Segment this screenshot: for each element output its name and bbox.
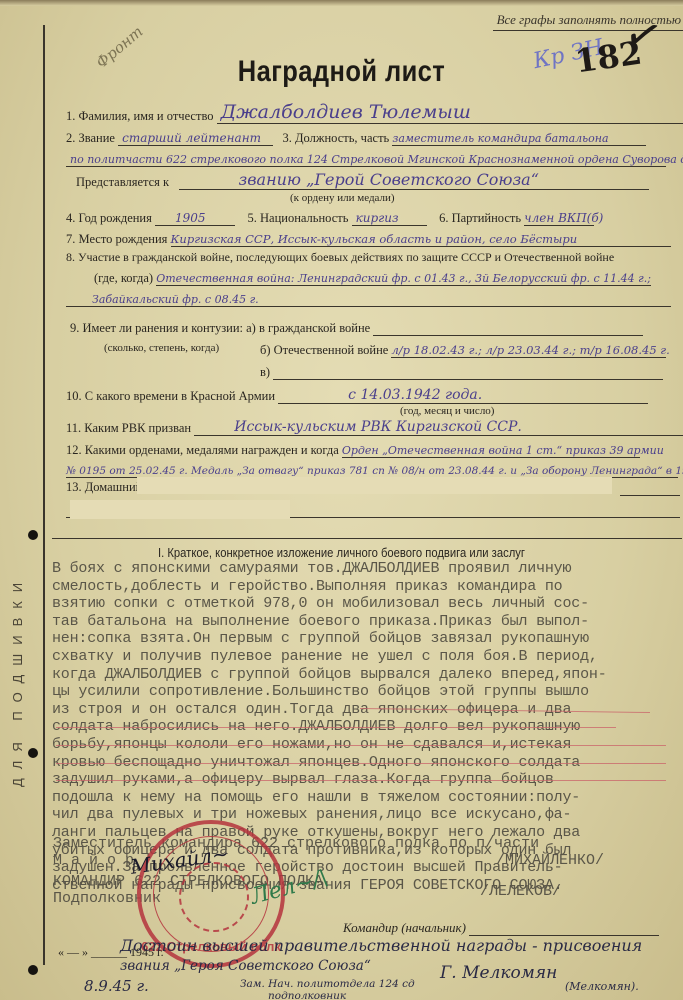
- punch-hole: [28, 530, 38, 540]
- field-combat-participation: 8. Участие в гражданской войне, последую…: [66, 250, 614, 265]
- field-value: 1905: [175, 211, 206, 225]
- field-label: 3. Должность, часть: [282, 131, 389, 145]
- field-value: л/р 18.02.43 г.; л/р 23.03.44 г.; т/р 16…: [391, 343, 669, 357]
- red-underline: [56, 727, 616, 728]
- field-label: 11. Каким РВК призван: [66, 421, 191, 435]
- resolution-signature: Г. Мелкомян: [440, 963, 557, 983]
- citation-line: цы усилили сопротивление.Большинство бой…: [52, 683, 682, 701]
- field-awards: 12. Какими орденами, медалями награжден …: [66, 440, 640, 458]
- field-value: Отечественная война: Ленинградский фр. с…: [156, 272, 651, 285]
- field-value: Киргизская ССР, Иссык-кульская область и…: [171, 232, 578, 246]
- field-label: 1. Фамилия, имя и отчество: [66, 109, 214, 123]
- underline: [620, 495, 680, 496]
- field-label: б) Отечественной войне: [260, 343, 388, 357]
- punch-hole: [28, 748, 38, 758]
- resolution-line-2: звания „Героя Советского Союза“: [120, 958, 371, 974]
- field-birth-nationality-party: 4. Год рождения 1905 5. Национальность к…: [66, 208, 594, 226]
- section-divider: [52, 538, 682, 539]
- commander-label: Командир (начальник): [343, 918, 659, 936]
- commander-name: /ЛЕЛЕКОВ/: [480, 883, 561, 900]
- field-wounds-patriotic: б) Отечественной войне л/р 18.02.43 г.; …: [260, 340, 666, 358]
- field-label: 4. Год рождения: [66, 211, 152, 225]
- citation-line: взятию сопки с отметкой 978,0 он мобилиз…: [52, 595, 682, 613]
- field-label: 7. Место рождения: [66, 232, 167, 246]
- deputy-name: /МИХАЙЛЕНКО/: [496, 852, 604, 869]
- field-label: 9. Имеет ли ранения и контузии: а) в гра…: [70, 321, 370, 335]
- punch-hole: [28, 965, 38, 975]
- redaction-block: [70, 500, 290, 519]
- deputy-title: Заместитель командира 622 стрелкового по…: [53, 835, 539, 852]
- field-value: по политчасти 622 стрелкового полка 124 …: [70, 153, 683, 166]
- paper-top-edge: [0, 0, 683, 6]
- field-combat-participation-cont: Забайкальский фр. с 08.45 г.: [66, 289, 671, 307]
- stamp-emblem: [179, 862, 249, 932]
- citation-line: смелость,доблесть и геройство.Выполняя п…: [52, 578, 682, 596]
- field-army-since-hint: (год, месяц и число): [400, 405, 494, 417]
- field-value: член ВКП(б): [524, 211, 603, 225]
- field-label: (где, когда): [94, 271, 153, 285]
- field-nominated-hint: (к ордену или медали): [290, 192, 395, 204]
- red-underline: [56, 763, 666, 764]
- red-underline: [56, 745, 666, 746]
- field-name: 1. Фамилия, имя и отчество Джалболдиев Т…: [66, 106, 683, 124]
- redaction-block: [137, 477, 612, 494]
- field-label: 5. Национальность: [248, 211, 349, 225]
- field-value: заместитель командира батальона: [392, 132, 608, 145]
- field-awards-cont: № 0195 от 25.02.45 г. Медаль „За отвагу“…: [66, 460, 678, 478]
- field-rank-position: 2. Звание старший лейтенант 3. Должность…: [66, 128, 646, 146]
- field-wounds-other: в): [260, 362, 663, 380]
- field-label: 12. Какими орденами, медалями награжден …: [66, 443, 339, 457]
- field-label: 2. Звание: [66, 131, 115, 145]
- resolution-position: Зам. Нач. политотдела 124 сд: [240, 978, 415, 990]
- field-birthplace: 7. Место рождения Киргизская ССР, Иссык-…: [66, 229, 671, 247]
- binding-label: ДЛЯ ПОДШИВКИ: [10, 400, 40, 960]
- field-value: Джалболдиев Тюлемыш: [221, 101, 471, 123]
- field-position-cont: по политчасти 622 стрелкового полка 124 …: [66, 149, 666, 167]
- resolution-date: 8.9.45 г.: [84, 977, 149, 995]
- citation-line: подошла к нему на помощь его нашли в тяж…: [52, 789, 682, 807]
- field-value: киргиз: [356, 211, 399, 225]
- citation-line: тав батальона на выполнение боевого прик…: [52, 613, 682, 631]
- citation-line: нен:сопка взята.Он первым с группой бойц…: [52, 630, 682, 648]
- field-nominated: Представляется к званию „Герой Советског…: [76, 172, 649, 190]
- field-army-since: 10. С какого времени в Красной Армии с 1…: [66, 386, 648, 404]
- section-heading: I. Краткое, конкретное изложение личного…: [34, 546, 649, 560]
- field-label: Представляется к: [76, 175, 169, 189]
- citation-line: схватку и получив пулевое ранение не уше…: [52, 648, 682, 666]
- resolution-rank: подполковник: [268, 990, 346, 1000]
- field-wounds: 9. Имеет ли ранения и контузии: а) в гра…: [70, 318, 643, 336]
- field-value: Иссык-кульским РВК Киргизской ССР.: [234, 419, 522, 435]
- field-value: званию „Герой Советского Союза“: [239, 170, 539, 189]
- field-combat-participation-value: (где, когда) Отечественная война: Ленинг…: [94, 268, 651, 286]
- binding-margin-line: [43, 25, 45, 965]
- field-label: в): [260, 365, 270, 379]
- field-value: Забайкальский фр. с 08.45 г.: [92, 293, 259, 306]
- citation-line: В боях с японскими самураями тов.ДЖАЛБОЛ…: [52, 560, 682, 578]
- resolution-line-1: Достоин высшей правительственной награды…: [120, 936, 642, 955]
- field-label: 10. С какого времени в Красной Армии: [66, 389, 275, 403]
- field-value: старший лейтенант: [122, 131, 261, 145]
- red-underline: [56, 780, 666, 781]
- resolution-name: (Мелкомян).: [565, 980, 639, 993]
- field-label: Командир (начальник): [343, 920, 466, 935]
- field-label: 6. Партийность: [439, 211, 521, 225]
- field-conscription: 11. Каким РВК призван Иссык-кульским РВК…: [66, 418, 683, 436]
- citation-line: когда ДЖАЛБОЛДИЕВ с группой бойцов вырва…: [52, 666, 682, 684]
- field-wounds-hint: (сколько, степень, когда): [104, 342, 219, 354]
- deputy-rank: М а й о р: [53, 852, 134, 869]
- citation-line: чил два пулевых и три ножевых ранения,ли…: [52, 806, 682, 824]
- field-value: Орден „Отечественная война 1 ст.“ приказ…: [342, 444, 664, 457]
- field-value: с 14.03.1942 года.: [348, 387, 482, 403]
- citation-line: из строя и он остался один.Тогда два япо…: [52, 701, 682, 719]
- field-value: № 0195 от 25.02.45 г. Медаль „За отвагу“…: [66, 465, 683, 477]
